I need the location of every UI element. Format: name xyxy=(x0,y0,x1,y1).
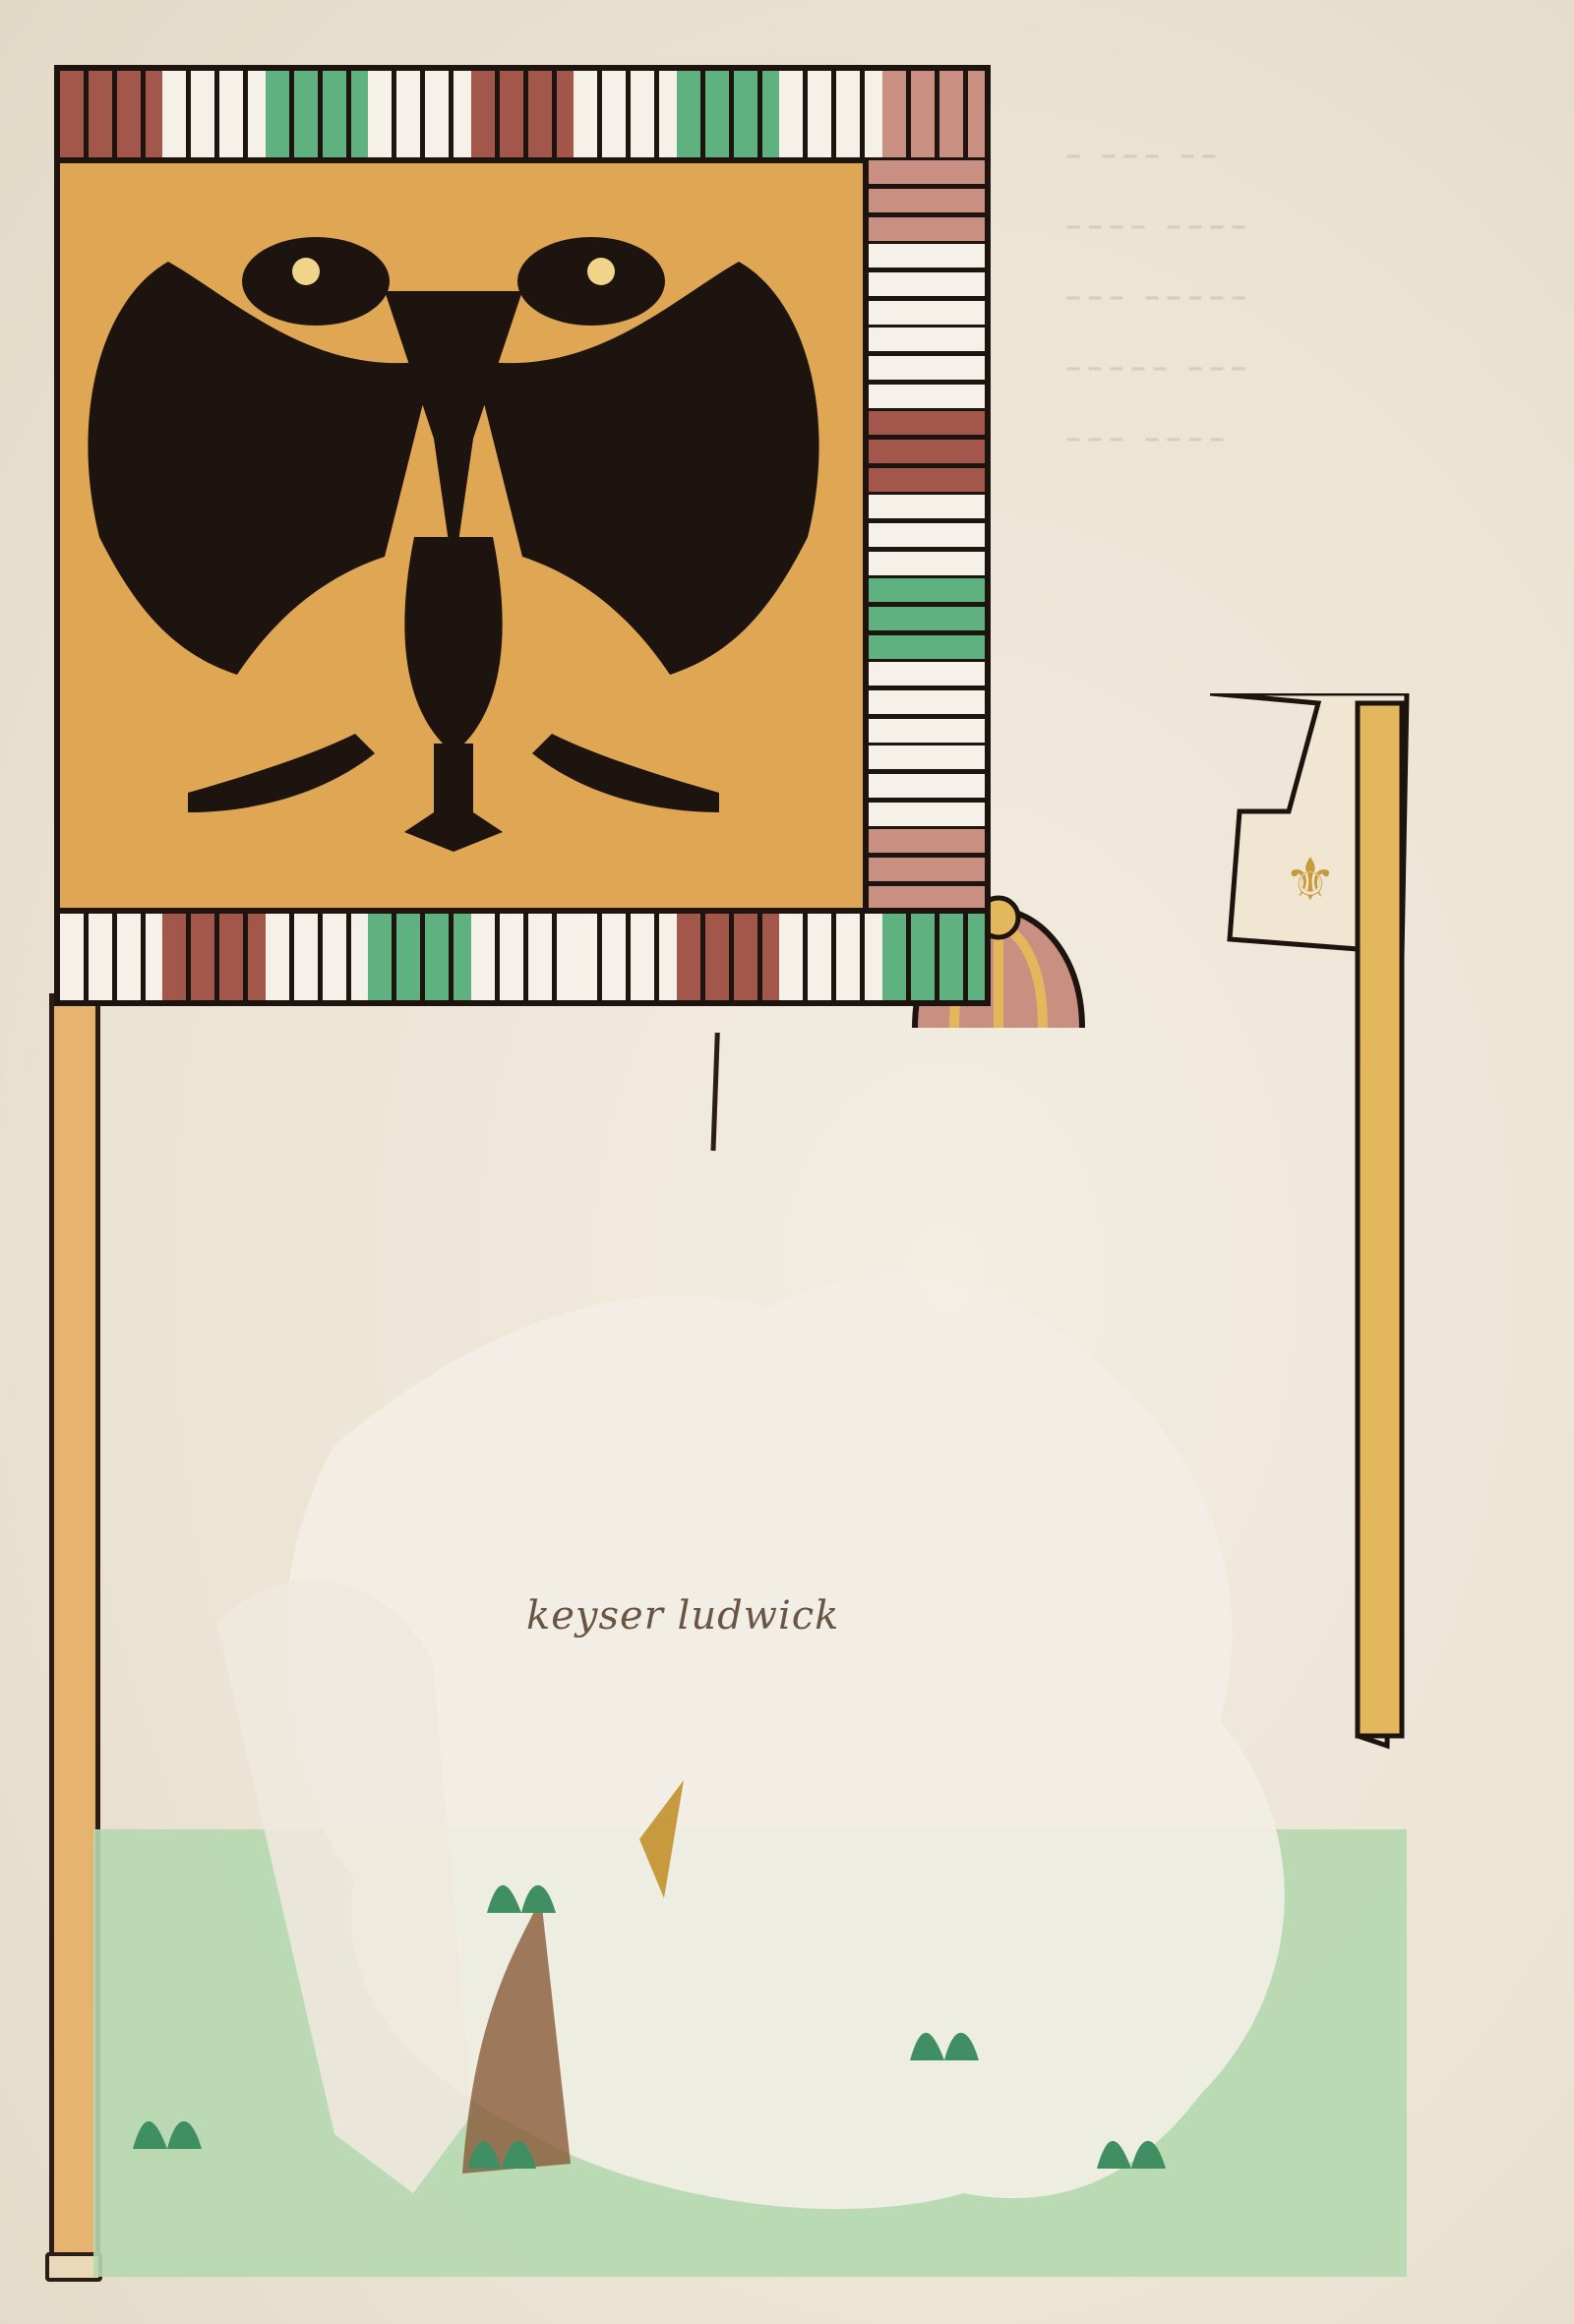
grass-tuft-icon xyxy=(128,2105,207,2154)
grass-tuft-icon xyxy=(482,1869,561,1918)
grass-tuft-icon xyxy=(1092,2124,1171,2174)
banner-border-right xyxy=(863,157,985,910)
handwritten-inscription: keyser ludwick xyxy=(526,1593,839,1639)
banner-border-bottom xyxy=(60,908,985,1000)
svg-text:⚜: ⚜ xyxy=(1284,846,1337,915)
grass-tuft-icon xyxy=(462,2124,541,2174)
banner-border-top xyxy=(60,71,985,163)
bleed-through-text: ¯ ¯¯¯ ¯¯ ¯¯¯¯ ¯¯¯¯ ¯¯¯ ¯¯¯¯¯ ¯¯¯¯¯ ¯¯¯ ¯… xyxy=(1062,138,1417,492)
gold-field xyxy=(60,163,863,910)
grass-tuft-icon xyxy=(905,2016,984,2065)
double-headed-eagle-icon xyxy=(60,163,863,910)
decorative-scroll: ⚜ xyxy=(1210,693,1426,1756)
eagle-banner xyxy=(54,65,991,1006)
